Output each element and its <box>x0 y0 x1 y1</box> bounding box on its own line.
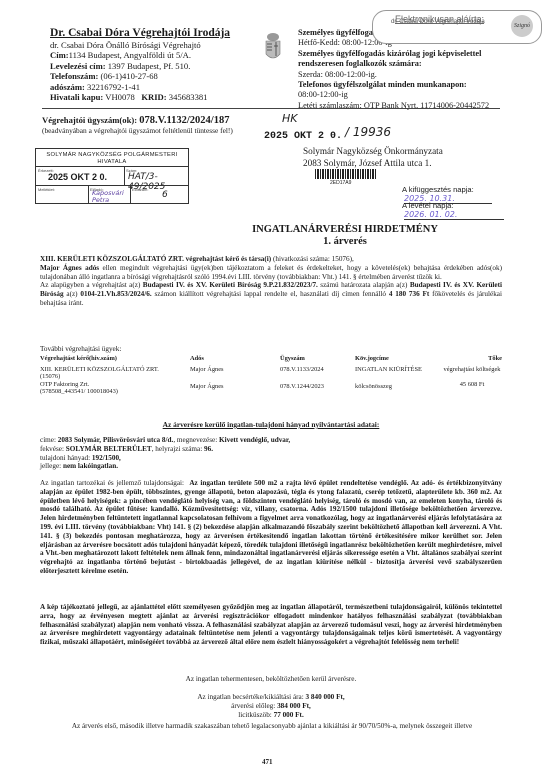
signature-seal-icon: Szignó <box>511 15 533 37</box>
esignature-label: Elektronikusan aláírta: <box>395 14 484 24</box>
handwritten-initials: HK <box>282 112 298 125</box>
phone: Telefonszám: (06-1)410-27-68 <box>50 71 230 81</box>
deposit: 384 000 Ft, <box>277 702 311 710</box>
pricing-block: Az ingatlan becsértéke/kikiáltási ára: 3… <box>40 693 502 721</box>
auction-stages-note: Az árverés első, második illetve harmadi… <box>30 722 514 731</box>
electronic-signature-badge: dr. Csabai Dóra Végrehajtói Irodája Elek… <box>372 10 542 44</box>
bid-increment: 77 000 Ft. <box>274 711 304 719</box>
table-header: Végrehajtást kérő(hiv.szám) Adós Ügyszám… <box>40 355 502 363</box>
coat-of-arms-icon <box>264 32 282 62</box>
document-title: INGATLANÁRVERÉSI HIRDETMÉNY 1. árverés <box>160 224 530 248</box>
gate-krid: Hivatali kapu: VH0078 KRID: 345683381 <box>50 92 230 102</box>
disclaimer-notice: A kép tájékoztató jellegű, az ajánlattét… <box>40 603 502 647</box>
postal-address: Levelezési cím: 1397 Budapest, Pf. 510. <box>50 61 230 71</box>
barcode-text: 2ED17A9 <box>330 180 351 186</box>
encumbrance-free-note: Az ingatlan tehermentesen, beköltözhetőe… <box>40 675 502 684</box>
office-header: Dr. Csabai Dóra Végrehajtói Irodája dr. … <box>50 26 230 102</box>
registry-stamp: SOLYMÁR NAGYKÖZSÉG POLGÁRMESTERI HIVATAL… <box>35 148 189 204</box>
table-row: OTP Faktoring Zrt.(578508_443541/ 100018… <box>40 381 502 397</box>
auction-round: 1. árverés <box>160 236 530 248</box>
page-number: 471 <box>262 758 273 766</box>
bailiff-name: dr. Csabai Dóra Önálló Bírósági Végrehaj… <box>50 40 230 50</box>
intro-paragraph: XIII. KERÜLETI KÖZSZOLGÁLTATÓ ZRT. végre… <box>40 255 502 308</box>
other-cases-label: További végrehajtási ügyek: <box>40 346 502 354</box>
property-description: Az ingatlan tartozékai és jellemző tulaj… <box>40 479 502 576</box>
other-cases-table: További végrehajtási ügyek: Végrehajtást… <box>40 346 502 397</box>
office-address: Cím:1134 Budapest, Angyalföldi út 5/A. <box>50 50 230 60</box>
tax-number: adószám: 32216792-1-41 <box>50 82 230 92</box>
office-name: Dr. Csabai Dóra Végrehajtói Irodája <box>50 26 230 40</box>
case-number: 078.V.1132/2024/187 <box>139 115 229 126</box>
case-number-block: Végrehajtói ügyszám(ok): 078.V.1132/2024… <box>42 115 233 136</box>
receipt-date-stamp: 2025 OKT 2 0. <box>264 131 342 142</box>
property-section-title: Az árverésre kerülő ingatlan-tulajdoni h… <box>40 420 502 429</box>
recipient-address: Solymár Nagyközség Önkormányzata 2083 So… <box>303 146 443 169</box>
starting-price: 3 840 000 Ft, <box>306 693 345 701</box>
removal-date: A levétel napja:2026. 01. 02. <box>402 201 543 220</box>
header-divider <box>42 108 500 109</box>
barcode-icon <box>315 169 377 179</box>
handwritten-registration-number: / 19936 <box>345 125 391 139</box>
property-details: címe: 2083 Solymár, Pilisvörösvári utca … <box>40 436 502 471</box>
table-row: XIII. KERÜLETI KÖZSZOLGÁLTATÓ ZRT.(15076… <box>40 366 502 381</box>
